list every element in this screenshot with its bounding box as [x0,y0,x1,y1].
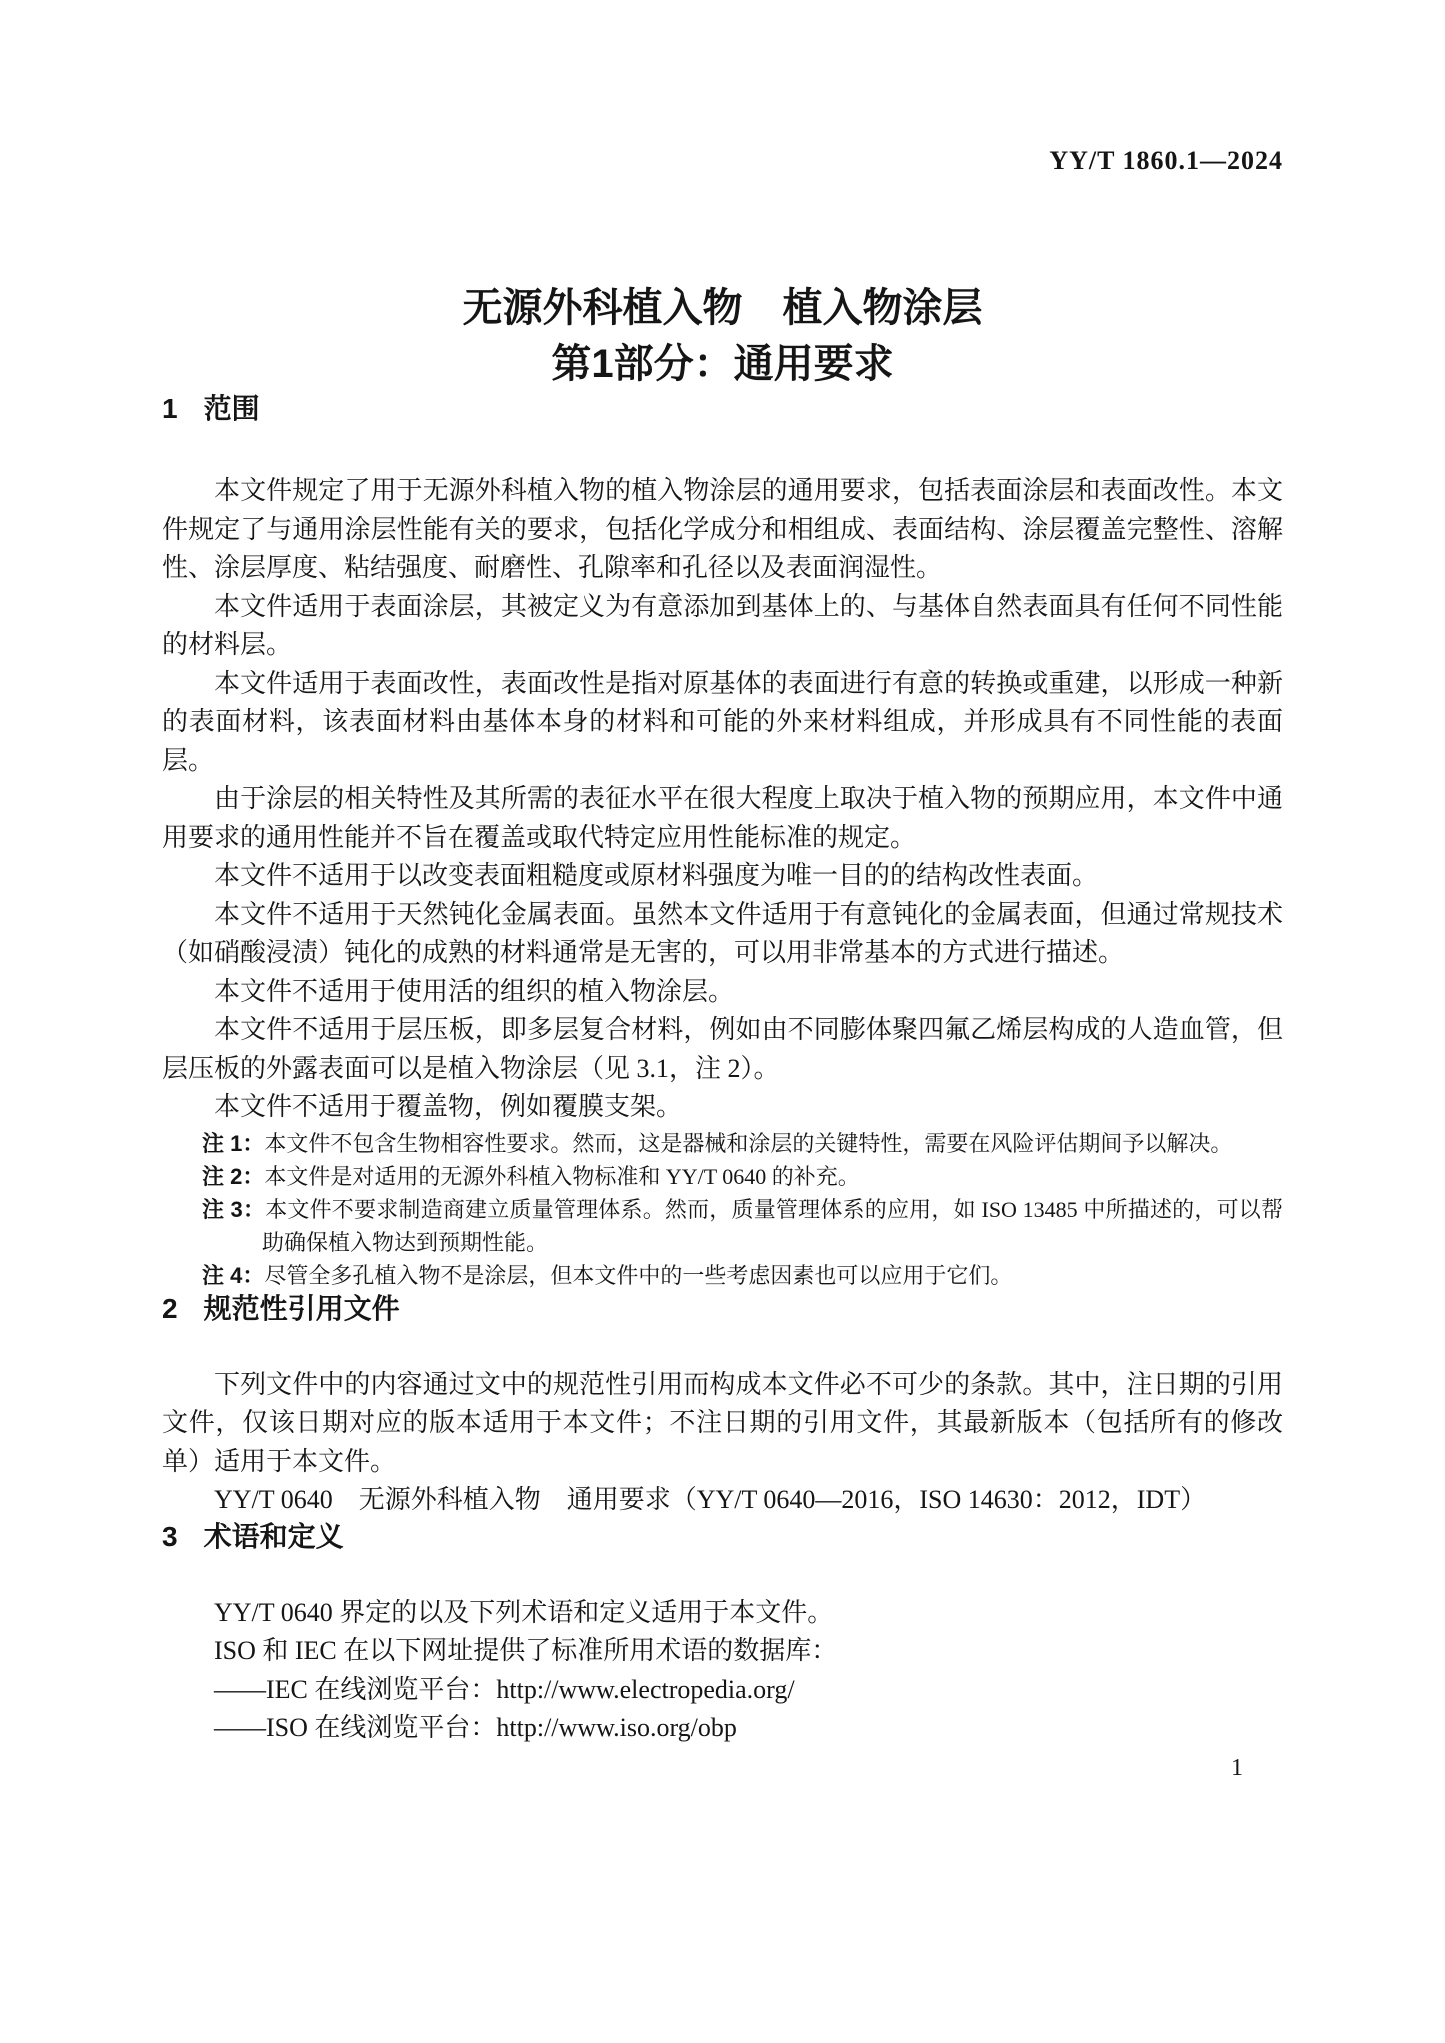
page-number: 1 [162,1753,1283,1783]
note-2-text: 本文件是对适用的无源外科植入物标准和 YY/T 0640 的补充。 [264,1164,859,1189]
section-heading-scope: 1范围 [162,392,1283,426]
terms-paragraphs: YY/T 0640 界定的以及下列术语和定义适用于本文件。 ISO 和 IEC … [162,1594,1283,1748]
standard-number: YY/T 1860.1—2024 [162,146,1283,176]
document-title: 无源外科植入物 植入物涂层 第1部分：通用要求 [162,280,1283,392]
note-3-label: 注 3： [202,1197,265,1222]
section-title: 规范性引用文件 [204,1293,400,1324]
paragraph: 由于涂层的相关特性及其所需的表征水平在很大程度上取决于植入物的预期应用，本文件中… [162,780,1283,857]
paragraph: 本文件不适用于使用活的组织的植入物涂层。 [162,973,1283,1012]
paragraph: 下列文件中的内容通过文中的规范性引用而构成本文件必不可少的条款。其中，注日期的引… [162,1366,1283,1482]
scope-notes: 注 1：本文件不包含生物相容性要求。然而，这是器械和涂层的关键特性，需要在风险评… [162,1127,1283,1292]
note-1-text: 本文件不包含生物相容性要求。然而，这是器械和涂层的关键特性，需要在风险评估期间予… [264,1131,1232,1156]
reference-entry: YY/T 0640 无源外科植入物 通用要求（YY/T 0640—2016，IS… [162,1481,1283,1520]
section-title: 术语和定义 [204,1521,344,1552]
note-2: 注 2：本文件是对适用的无源外科植入物标准和 YY/T 0640 的补充。 [162,1160,1283,1193]
note-1: 注 1：本文件不包含生物相容性要求。然而，这是器械和涂层的关键特性，需要在风险评… [162,1127,1283,1160]
section-number: 2 [162,1292,178,1326]
section-heading-terms-and-definitions: 3术语和定义 [162,1520,1283,1554]
note-1-label: 注 1： [202,1131,264,1156]
note-3: 注 3：本文件不要求制造商建立质量管理体系。然而，质量管理体系的应用，如 ISO… [162,1193,1283,1259]
document-page: YY/T 1860.1—2024 无源外科植入物 植入物涂层 第1部分：通用要求… [0,0,1445,2043]
paragraph: 本文件不适用于层压板，即多层复合材料，例如由不同膨体聚四氟乙烯层构成的人造血管，… [162,1011,1283,1088]
note-4-text: 尽管全多孔植入物不是涂层，但本文件中的一些考虑因素也可以应用于它们。 [264,1263,1012,1288]
section-number: 3 [162,1520,178,1554]
paragraph: YY/T 0640 界定的以及下列术语和定义适用于本文件。 [162,1594,1283,1633]
document-title-line1: 无源外科植入物 植入物涂层 [162,280,1283,336]
section-title: 范围 [204,393,260,424]
document-title-line2: 第1部分：通用要求 [162,336,1283,392]
paragraph: 本文件适用于表面改性，表面改性是指对原基体的表面进行有意的转换或重建，以形成一种… [162,665,1283,781]
section-number: 1 [162,392,178,426]
note-3-text: 本文件不要求制造商建立质量管理体系。然而，质量管理体系的应用，如 ISO 134… [262,1197,1283,1255]
paragraph: 本文件不适用于以改变表面粗糙度或原材料强度为唯一目的的结构改性表面。 [162,857,1283,896]
note-4: 注 4：尽管全多孔植入物不是涂层，但本文件中的一些考虑因素也可以应用于它们。 [162,1259,1283,1292]
paragraph: 本文件适用于表面涂层，其被定义为有意添加到基体上的、与基体自然表面具有任何不同性… [162,588,1283,665]
note-2-label: 注 2： [202,1164,264,1189]
list-item-iec-platform: ——IEC 在线浏览平台：http://www.electropedia.org… [162,1671,1283,1710]
note-4-label: 注 4： [202,1263,264,1288]
paragraph: 本文件不适用于覆盖物，例如覆膜支架。 [162,1088,1283,1127]
normative-references-paragraphs: 下列文件中的内容通过文中的规范性引用而构成本文件必不可少的条款。其中，注日期的引… [162,1366,1283,1520]
section-heading-normative-references: 2规范性引用文件 [162,1292,1283,1326]
paragraph: 本文件规定了用于无源外科植入物的植入物涂层的通用要求，包括表面涂层和表面改性。本… [162,472,1283,588]
paragraph: ISO 和 IEC 在以下网址提供了标准所用术语的数据库： [162,1632,1283,1671]
scope-paragraphs: 本文件规定了用于无源外科植入物的植入物涂层的通用要求，包括表面涂层和表面改性。本… [162,472,1283,1127]
list-item-iso-platform: ——ISO 在线浏览平台：http://www.iso.org/obp [162,1709,1283,1748]
paragraph: 本文件不适用于天然钝化金属表面。虽然本文件适用于有意钝化的金属表面，但通过常规技… [162,896,1283,973]
